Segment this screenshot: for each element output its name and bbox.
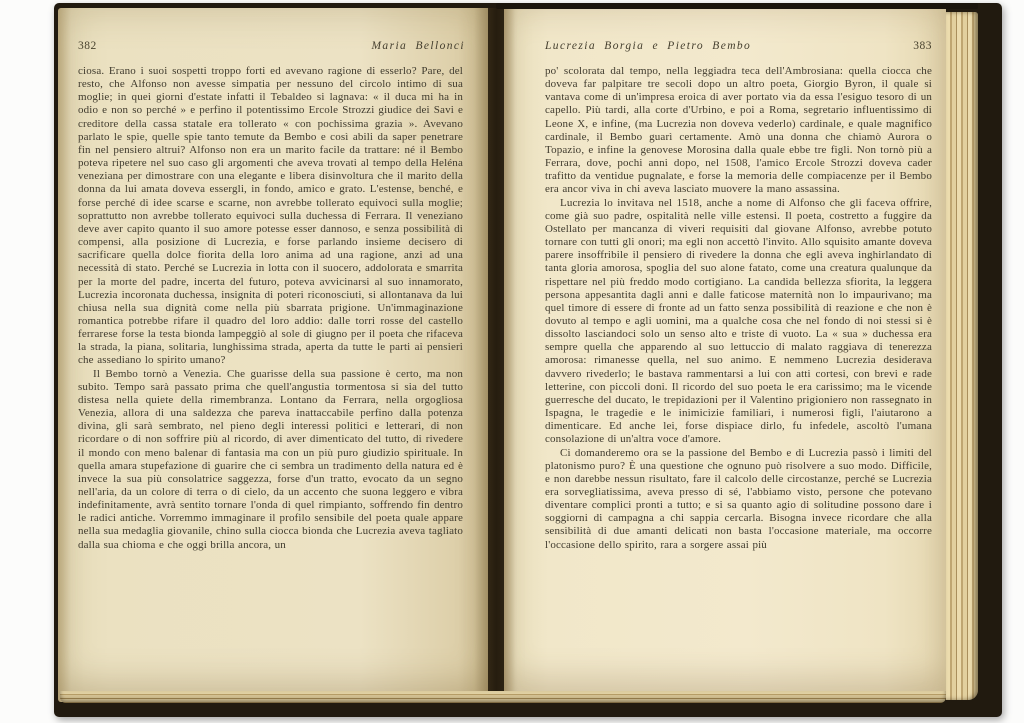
- page-right-header: Lucrezia Borgia e Pietro Bembo 383: [545, 40, 932, 52]
- paragraph: po' scolorata dal tempo, nella leggiadra…: [545, 65, 932, 197]
- page-right-body: po' scolorata dal tempo, nella leggiadra…: [545, 65, 932, 552]
- page-left-body: ciosa. Erano i suoi sospetti troppo fort…: [78, 65, 463, 552]
- page-edge-stack-bottom: [60, 691, 946, 703]
- page-left: 382 Maria Bellonci ciosa. Erano i suoi s…: [58, 8, 488, 702]
- right-page-number: 383: [913, 40, 932, 52]
- paragraph: ciosa. Erano i suoi sospetti troppo fort…: [78, 65, 463, 368]
- paragraph: Lucrezia lo invitava nel 1518, anche a n…: [545, 197, 932, 447]
- page-left-header: 382 Maria Bellonci: [78, 40, 465, 52]
- page-right: Lucrezia Borgia e Pietro Bembo 383 po' s…: [504, 8, 946, 692]
- paragraph: Ci domanderemo ora se la passione del Be…: [545, 447, 932, 552]
- book-cover-edge-top: [496, 3, 978, 9]
- right-running-head: Lucrezia Borgia e Pietro Bembo: [545, 40, 751, 52]
- left-page-number: 382: [78, 40, 97, 52]
- left-running-head: Maria Bellonci: [371, 40, 465, 52]
- page-edge-stack-right: [946, 12, 978, 700]
- paragraph: Il Bembo tornò a Venezia. Che guarisse d…: [78, 368, 463, 552]
- book-photo-scene: 382 Maria Bellonci ciosa. Erano i suoi s…: [0, 0, 1024, 723]
